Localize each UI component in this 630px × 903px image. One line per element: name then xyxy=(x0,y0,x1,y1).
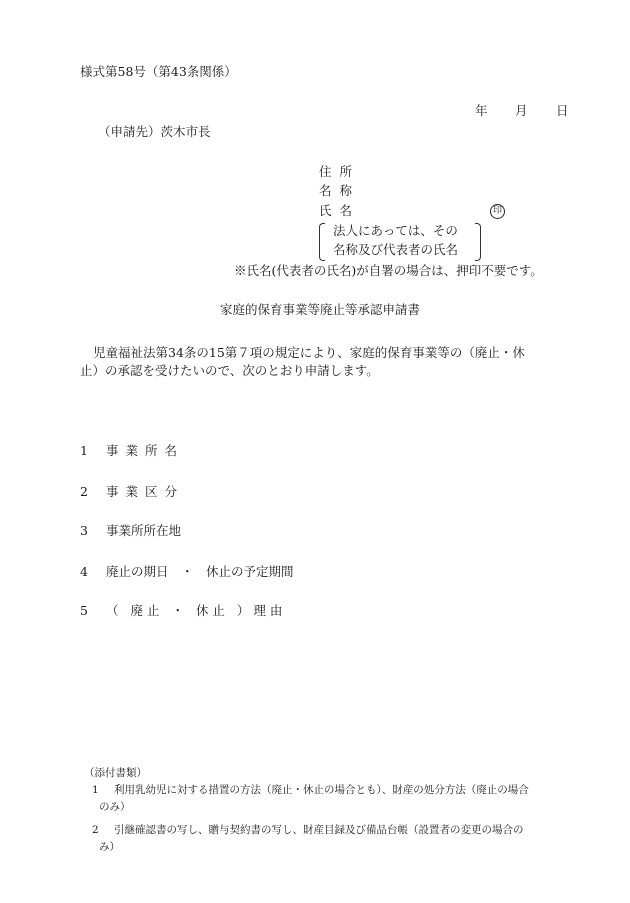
item-closure-period: 4廃止の期日 ・ 休止の予定期間 xyxy=(80,566,294,579)
item-number: 2 xyxy=(80,486,106,499)
attachment-number: 2 xyxy=(92,822,114,839)
applicant-name-label: 氏名 xyxy=(319,205,360,218)
item-label: 廃止の期日 ・ 休止の予定期間 xyxy=(106,564,294,579)
body-line-1: 児童福祉法第34条の15第７項の規定により、家庭的保育事業等の（廃止・休 xyxy=(80,344,560,362)
item-number: 5 xyxy=(80,605,106,618)
bracket-note-line-1: 法人にあっては、その xyxy=(333,225,458,238)
item-label: 事業所名 xyxy=(106,443,184,458)
attachment-item: 1利用乳幼児に対する措置の方法（廃止・休止の場合とも）、財産の処分方法（廃止の場… xyxy=(92,782,529,816)
seal-icon: 印 xyxy=(490,204,505,219)
item-label: 事業区分 xyxy=(106,484,184,499)
item-number: 3 xyxy=(80,525,106,538)
item-number: 1 xyxy=(80,445,106,458)
applicant-corp-name-label: 名称 xyxy=(319,185,360,198)
applicant-address-label: 住所 xyxy=(319,166,360,179)
attachment-text-continued: のみ） xyxy=(92,799,529,816)
attachment-text: 引継確認書の写し、贈与契約書の写し、財産目録及び備品台帳（設置者の変更の場合の xyxy=(114,824,524,836)
item-label: 事業所所在地 xyxy=(106,523,181,538)
signature-note: ※氏名(代表者の氏名)が自署の場合は、押印不要です。 xyxy=(234,265,543,278)
corporate-bracket-note: 法人にあっては、その 名称及び代表者の氏名 xyxy=(319,222,474,260)
addressee: （申請先）茨木市長 xyxy=(98,126,211,139)
attachment-number: 1 xyxy=(92,782,114,799)
application-body: 児童福祉法第34条の15第７項の規定により、家庭的保育事業等の（廃止・休 止）の… xyxy=(80,344,560,380)
item-business-category: 2事業区分 xyxy=(80,486,184,499)
item-number: 4 xyxy=(80,566,106,579)
item-facility-name: 1事業所名 xyxy=(80,445,184,458)
left-bracket xyxy=(319,223,325,261)
right-bracket xyxy=(475,223,481,261)
attachment-text: 利用乳幼児に対する措置の方法（廃止・休止の場合とも）、財産の処分方法（廃止の場合 xyxy=(114,784,529,796)
attachments-title: （添付書類） xyxy=(84,768,147,779)
body-line-2: 止）の承認を受けたいので、次のとおり申請します。 xyxy=(80,362,560,380)
form-number: 様式第58号（第43条関係） xyxy=(80,66,237,79)
item-label: （ 廃止 ・ 休止 ）理由 xyxy=(106,603,286,618)
attachment-text-continued: み） xyxy=(92,839,524,856)
bracket-note-line-2: 名称及び代表者の氏名 xyxy=(333,244,458,257)
date-day-label: 日 xyxy=(556,105,569,118)
item-facility-location: 3事業所所在地 xyxy=(80,525,181,538)
date-year-label: 年 xyxy=(475,105,488,118)
attachment-item: 2引継確認書の写し、贈与契約書の写し、財産目録及び備品台帳（設置者の変更の場合の… xyxy=(92,822,524,856)
item-closure-reason: 5（ 廃止 ・ 休止 ）理由 xyxy=(80,605,286,618)
seal-glyph: 印 xyxy=(493,207,502,216)
document-title: 家庭的保育事業等廃止等承認申請書 xyxy=(220,304,420,317)
date-month-label: 月 xyxy=(515,105,528,118)
